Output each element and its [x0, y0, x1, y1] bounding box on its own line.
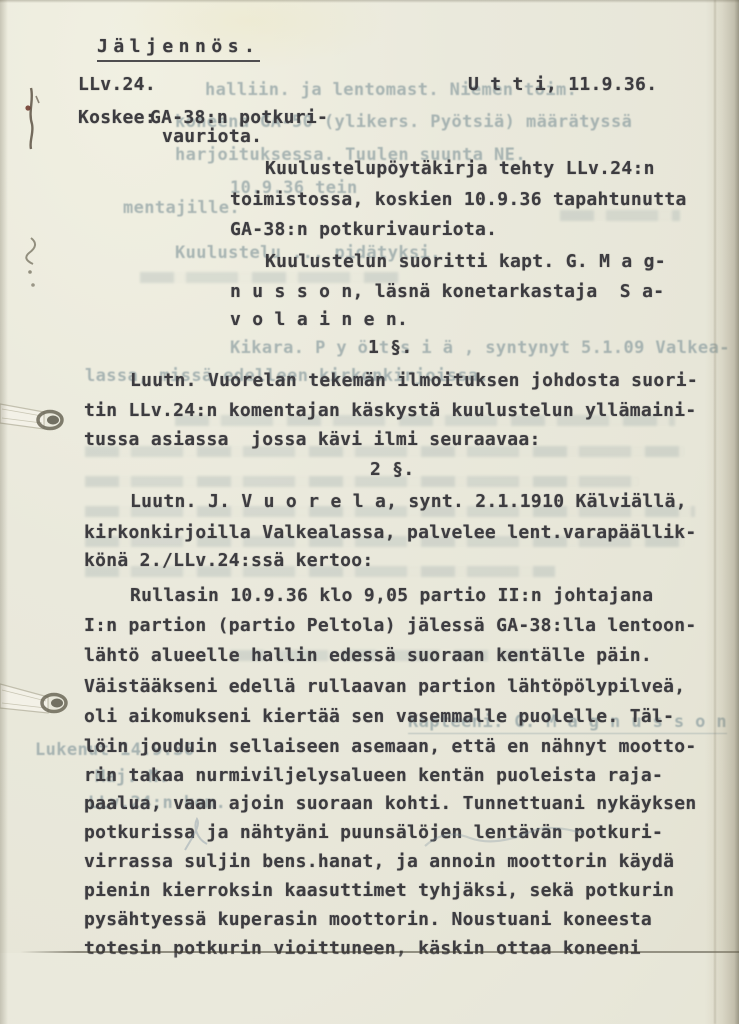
ink-mark-left-margin — [26, 238, 35, 287]
page-decorations — [0, 0, 739, 1024]
top-page-edge — [0, 0, 739, 3]
signature-bleedthrough — [185, 819, 585, 850]
ink-mark-top-left — [25, 88, 39, 149]
binding-tape-top — [0, 404, 62, 429]
document-page: halliin. ja lentomast. Niemen toim. kone… — [0, 0, 739, 1024]
bottom-fold-line — [20, 951, 739, 953]
bottom-paper-strip — [0, 953, 739, 1024]
binding-tape-bottom — [0, 684, 66, 713]
left-page-edge — [0, 0, 8, 1024]
right-page-edge — [705, 0, 739, 1024]
